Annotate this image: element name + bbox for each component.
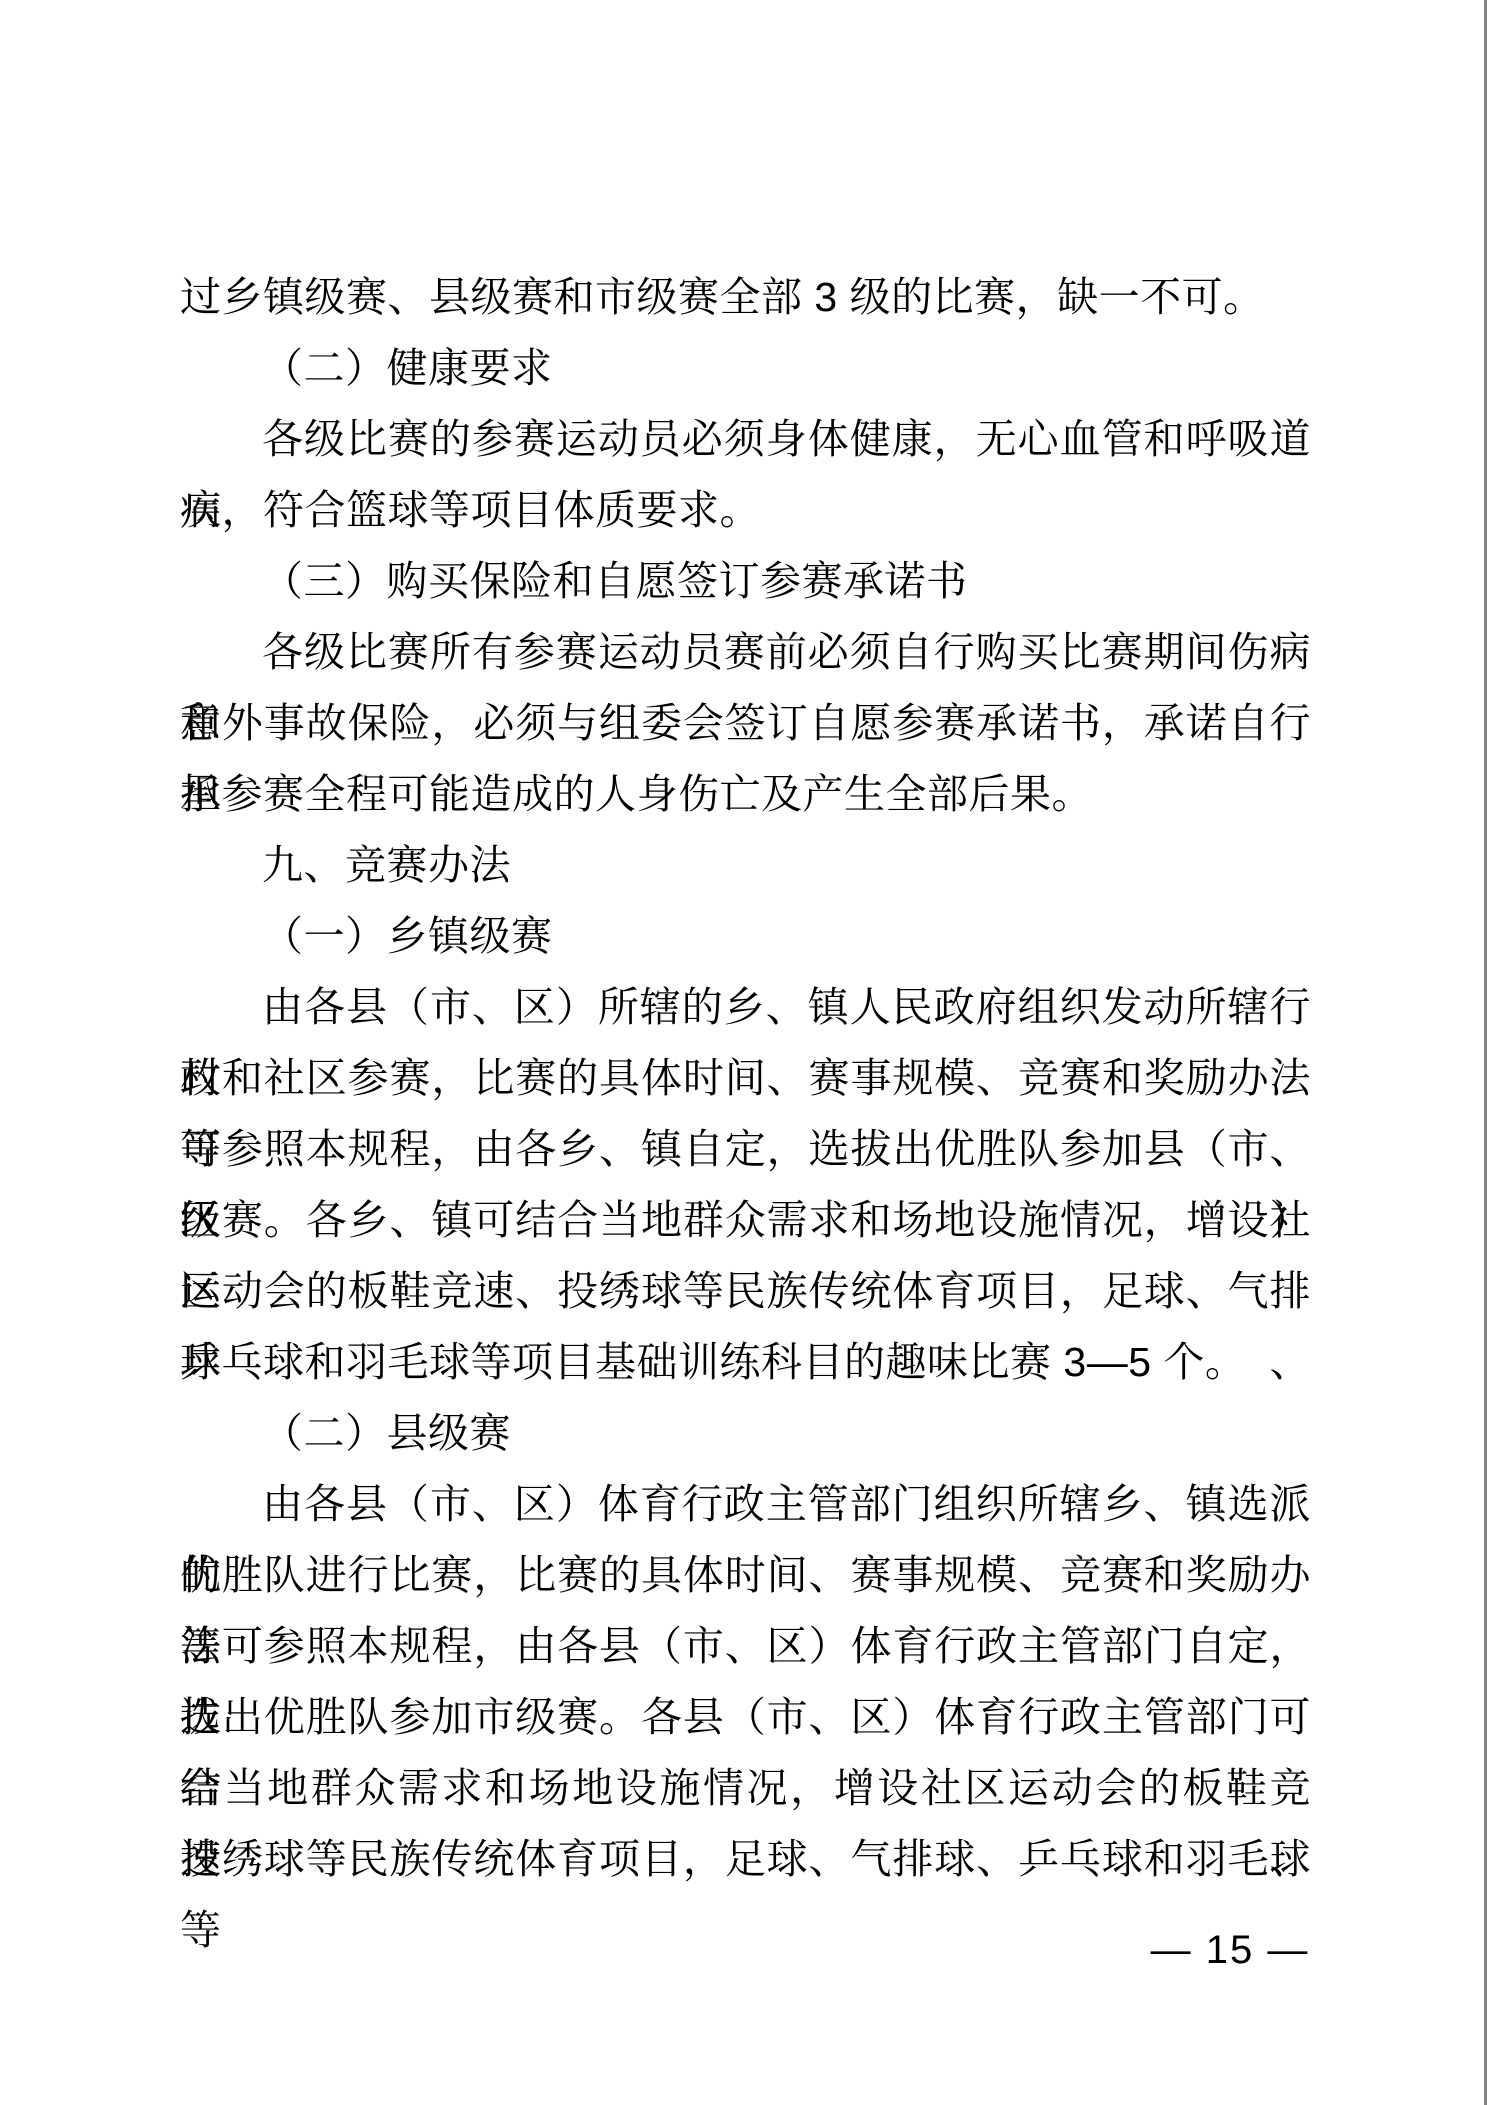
text-line: 担参赛全程可能造成的人身伤亡及产生全部后果。 — [180, 759, 1311, 830]
text-line: 村和社区参赛，比赛的具体时间、赛事规模、竞赛和奖励办法等 — [180, 1043, 1311, 1114]
section-heading: 九、竞赛办法 — [180, 830, 1311, 901]
scan-edge-artifact — [1484, 0, 1487, 2105]
section-heading: （三）购买保险和自愿签订参赛承诺书 — [180, 546, 1311, 617]
text-line: 意外事故保险，必须与组委会签订自愿参赛承诺书，承诺自行承 — [180, 688, 1311, 759]
text-line: 等可参照本规程，由各县（市、区）体育行政主管部门自定，选 — [180, 1611, 1311, 1682]
text-line: 过乡镇级赛、县级赛和市级赛全部 3 级的比赛，缺一不可。 — [180, 262, 1311, 333]
page-number: — 15 — — [1115, 1920, 1345, 1980]
text-line: 投绣球等民族传统体育项目，足球、气排球、乒乓球和羽毛球等 — [180, 1824, 1311, 1895]
section-heading: （二）县级赛 — [180, 1398, 1311, 1469]
text-line: 可参照本规程，由各乡、镇自定，选拔出优胜队参加县（市、区） — [180, 1114, 1311, 1185]
text-line: 优胜队进行比赛，比赛的具体时间、赛事规模、竞赛和奖励办法 — [180, 1540, 1311, 1611]
text-line: 由各县（市、区）体育行政主管部门组织所辖乡、镇选派的 — [180, 1469, 1311, 1540]
text-line: 合当地群众需求和场地设施情况，增设社区运动会的板鞋竞速、 — [180, 1753, 1311, 1824]
text-line: 各级比赛的参赛运动员必须身体健康，无心血管和呼吸道疾 — [180, 404, 1311, 475]
text-line: 运动会的板鞋竞速、投绣球等民族传统体育项目，足球、气排球、 — [180, 1256, 1311, 1327]
text-line: 拔出优胜队参加市级赛。各县（市、区）体育行政主管部门可结 — [180, 1682, 1311, 1753]
document-page: 过乡镇级赛、县级赛和市级赛全部 3 级的比赛，缺一不可。 （二）健康要求 各级比… — [0, 0, 1488, 2105]
text-line: 乒乓球和羽毛球等项目基础训练科目的趣味比赛 3—5 个。 — [180, 1327, 1311, 1398]
text-line: 病，符合篮球等项目体质要求。 — [180, 475, 1311, 546]
text-line: 各级比赛所有参赛运动员赛前必须自行购买比赛期间伤病和 — [180, 617, 1311, 688]
section-heading: （一）乡镇级赛 — [180, 901, 1311, 972]
section-heading: （二）健康要求 — [180, 333, 1311, 404]
body-text: 过乡镇级赛、县级赛和市级赛全部 3 级的比赛，缺一不可。 （二）健康要求 各级比… — [180, 262, 1311, 1895]
text-line: 级赛。各乡、镇可结合当地群众需求和场地设施情况，增设社区 — [180, 1185, 1311, 1256]
text-line: 由各县（市、区）所辖的乡、镇人民政府组织发动所辖行政 — [180, 972, 1311, 1043]
